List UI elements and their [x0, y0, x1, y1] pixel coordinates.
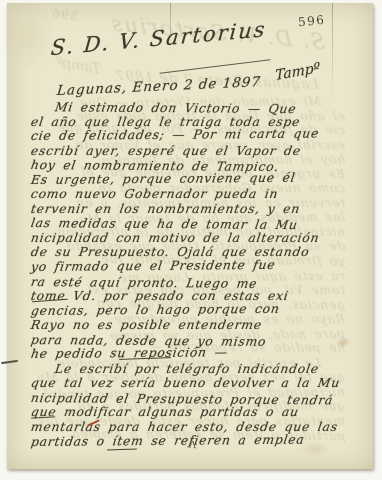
- handwritten-line: he pedido su reposición —: [30, 344, 367, 361]
- handwritten-line: Le escribí por telégrafo indicándole: [30, 362, 366, 377]
- handwritten-line: como nuevo Gobernador pueda in: [30, 187, 366, 202]
- handwritten-line: yo firmado que el Presidente fue: [30, 257, 367, 274]
- letter-paper-sheet: 596 S. D. V. Sartorius Tampº Lagunas, En…: [7, 3, 373, 469]
- handwritten-line: nicipalidad con motivo de la alteración: [30, 231, 366, 246]
- handwritten-line: Rayo no es posible entenderme: [30, 318, 366, 333]
- letter-body: Mi estimado don Victorio — Queel año que…: [31, 100, 365, 449]
- handwriting-layer: 596 S. D. V. Sartorius Tampº Lagunas, En…: [7, 3, 373, 469]
- handwritten-line: Es urgente, porque conviene que él: [30, 170, 367, 187]
- handwritten-line: cie de felicidades; — Por mi carta que: [30, 126, 367, 143]
- handwritten-line: que modificar algunas partidas o au: [30, 405, 366, 420]
- pencil-caret-mark: Λ: [189, 440, 197, 451]
- letter-place-abbreviation: Tampº: [275, 60, 320, 84]
- handwritten-line: tervenir en los nombramientos, y en: [30, 202, 366, 217]
- letter-dateline: Lagunas, Enero 2 de 1897: [56, 74, 262, 99]
- folio-number: 596: [297, 13, 326, 30]
- handwritten-line: partidas o ítem se refieren a emplea: [30, 432, 367, 449]
- scanned-letter-page: 596 S. D. V. Sartorius Tampº Lagunas, En…: [0, 0, 382, 480]
- handwritten-line: gencias, pero lo hago porque con: [30, 301, 367, 318]
- letter-heading-addressee: S. D. V. Sartorius: [50, 17, 268, 60]
- handwritten-line: escribí ayer, esperé que el Vapor de: [30, 144, 366, 159]
- handwritten-line: que tal vez sería bueno devolver a la Mu: [30, 376, 366, 391]
